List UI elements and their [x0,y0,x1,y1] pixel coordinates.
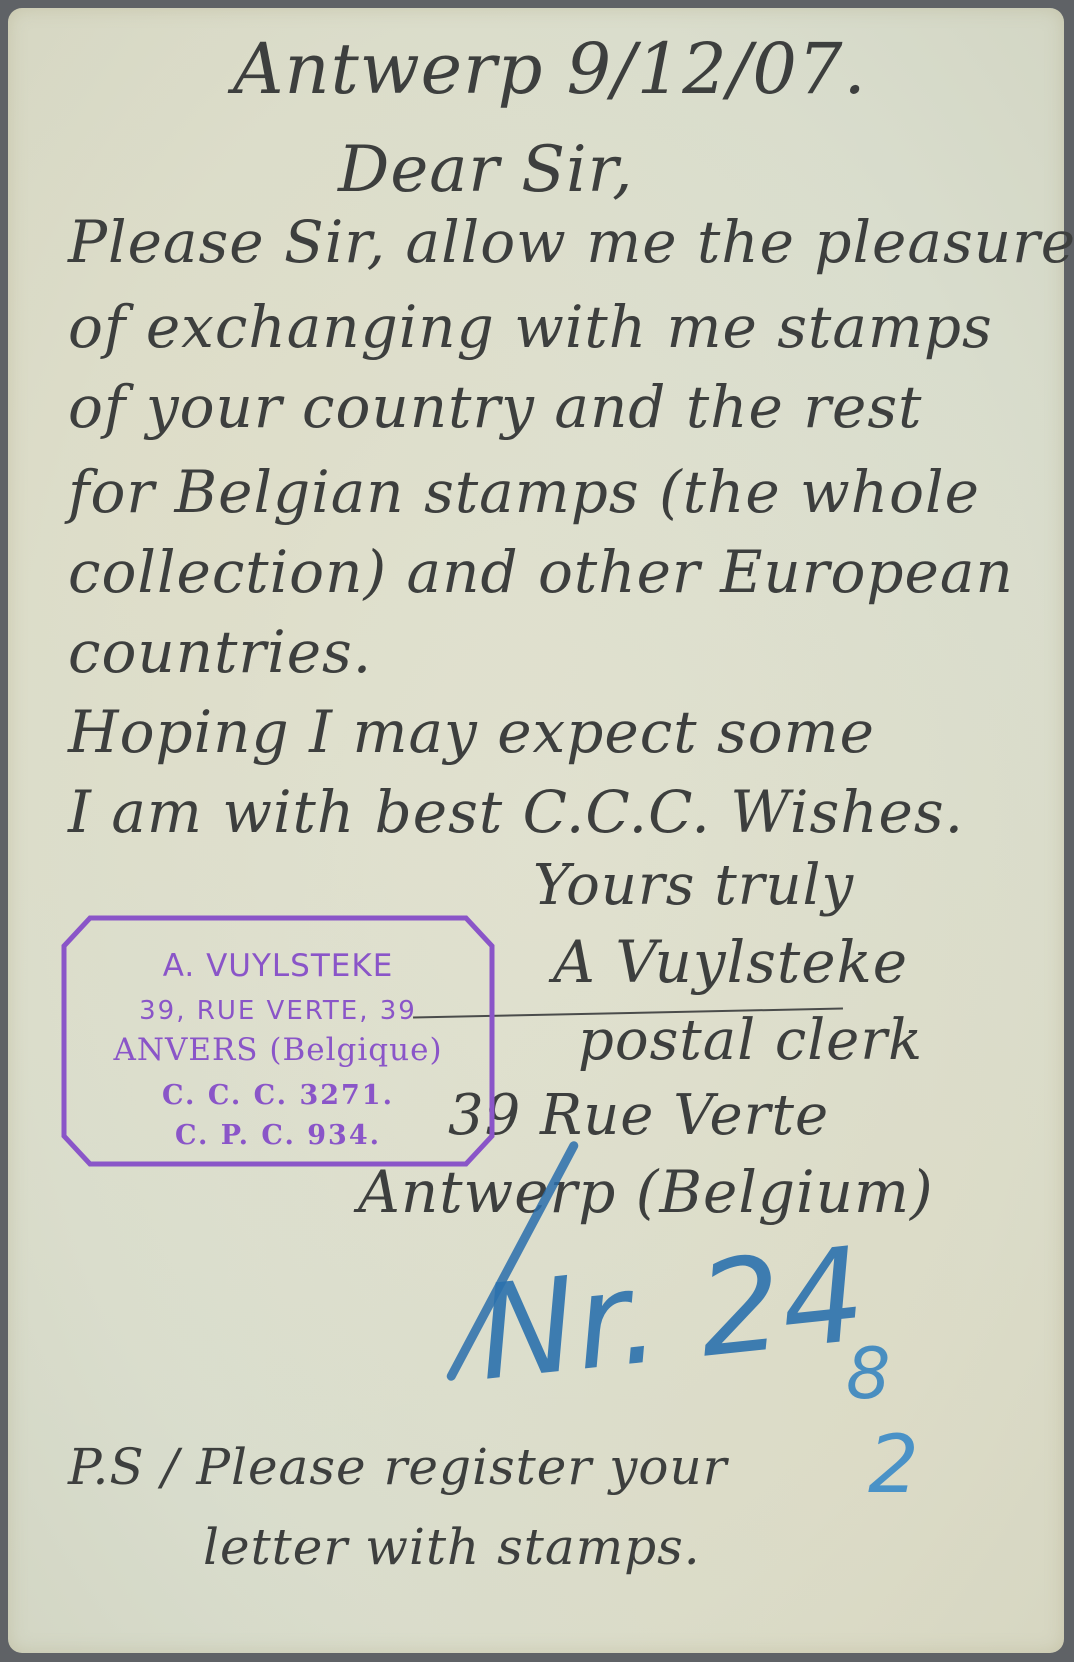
postscript-line2: letter with stamps. [203,1518,701,1576]
body-line: Hoping I may expect some [68,698,875,766]
body-line: I am with best C.C.C. Wishes. [68,778,964,846]
blue-annotation-fraction-top: 8 [846,1333,891,1415]
postscript-prefix: P.S [68,1438,145,1496]
body-line: for Belgian stamps (the whole [68,458,980,526]
postscript-line1: P.S / Please register your [68,1438,728,1496]
body-line: countries. [68,618,372,686]
body-line: collection) and other European [68,538,1014,606]
body-line: of exchanging with me stamps [68,293,993,361]
blue-annotation-number: Nr. 24 [471,1218,872,1410]
body-line: Please Sir, allow me the pleasure [68,208,1074,276]
blue-annotation-fraction-bottom: 2 [868,1418,919,1511]
stamp-cpc: C. P. C. 934. [60,1120,496,1151]
body-line: of your country and the rest [68,373,922,441]
salutation: Dear Sir, [338,133,634,207]
rubber-stamp: A. VUYLSTEKE 39, RUE VERTE, 39 ANVERS (B… [60,914,496,1169]
signature: A Vuylsteke [553,928,908,996]
stamp-name: A. VUYLSTEKE [60,948,496,984]
postcard: Antwerp 9/12/07. Dear Sir, Please Sir, a… [8,8,1064,1653]
stamp-city: ANVERS (Belgique) [60,1032,496,1068]
signature-title: postal clerk [578,1008,923,1073]
place-date: Antwerp 9/12/07. [233,28,867,110]
closing: Yours truly [533,853,854,918]
signature-address: 39 Rue Verte [448,1083,829,1148]
stamp-street: 39, RUE VERTE, 39 [60,996,496,1026]
stamp-ccc: C. C. C. 3271. [60,1080,496,1111]
postscript-text: Please register your [196,1438,727,1496]
